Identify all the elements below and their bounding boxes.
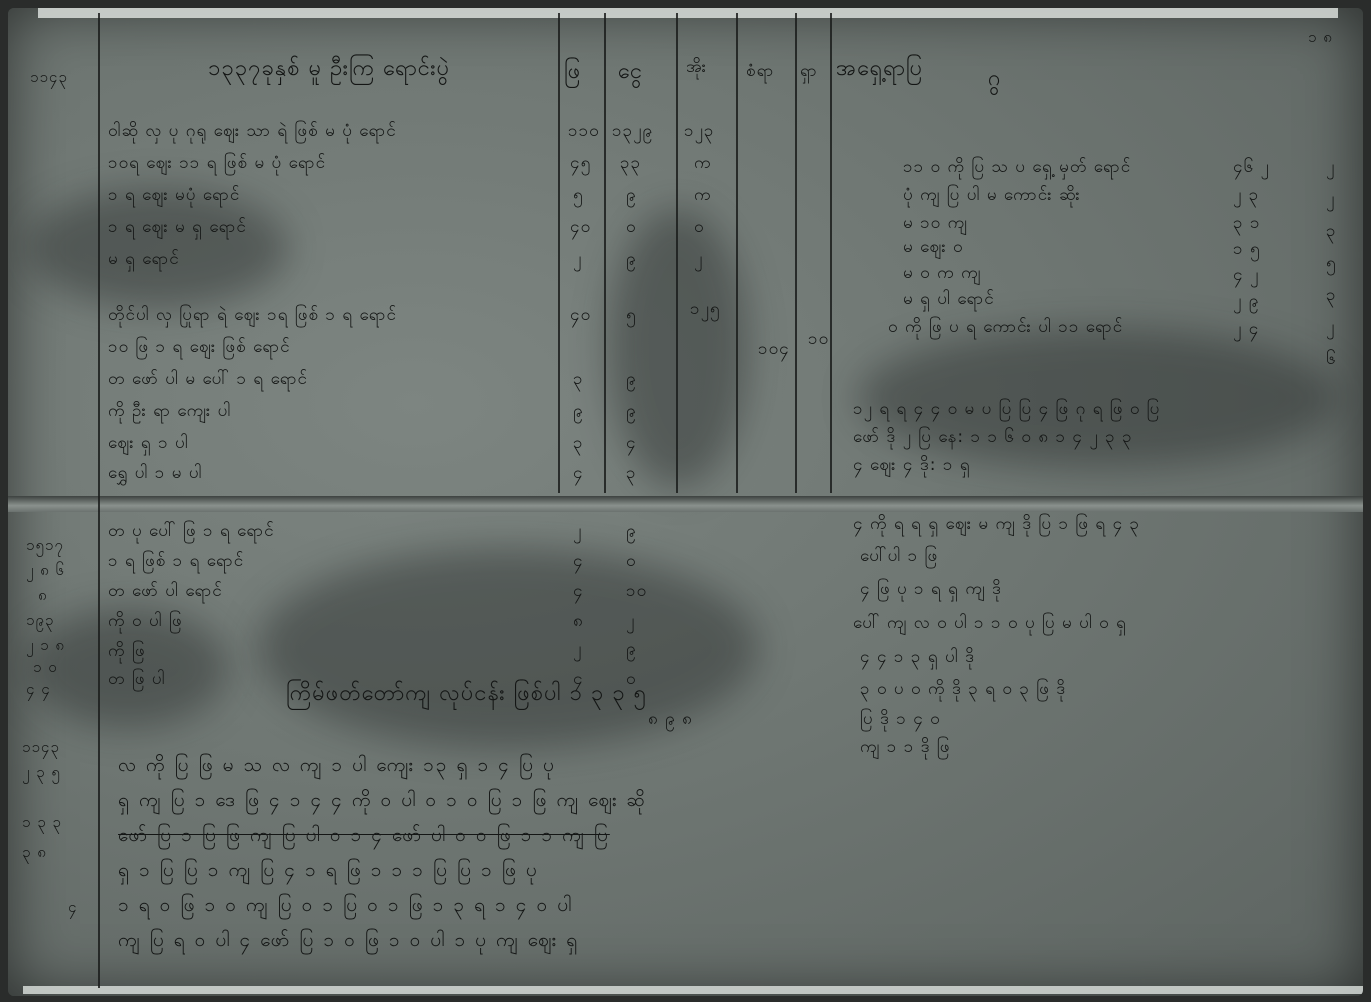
amount-cell: ၂ (626, 610, 635, 635)
amount-cell: ၄ ၂ (1233, 264, 1259, 289)
amount-cell: ၃ (573, 368, 584, 393)
margin-number: ၁ ၀ (33, 658, 58, 680)
ledger-entry: ဖော် ဒို ၂ ပြ နေ: ၁ ၁ ၆ ၀ ၈ ၁ ၄ ၂ ၃ ၃ (853, 426, 1133, 451)
margin-number: ၁၉၃ (26, 611, 54, 633)
amount-cell: ၉ (626, 638, 637, 663)
ledger-entry: ၁၀ရ ဈေး ၁၁ ရ ဖြစ် မ ပုံ ရောင် (108, 152, 326, 177)
amount-cell: ၁၀၄ (758, 338, 790, 363)
amount-cell: ၄ (573, 550, 584, 575)
amount-cell: ၀ (626, 550, 637, 575)
ledger-entry: ပုံ ကျ ပြ ပါ မ ကောင်း ဆိုး (903, 184, 1081, 209)
margin-number: ၄ ၄ (26, 680, 51, 702)
amount-cell: ၁၂၅ (690, 298, 720, 323)
margin-number: ၂ ၁ ၈ (26, 636, 65, 658)
ledger-entry: ကို ဖြ (108, 640, 146, 665)
column-rule (795, 13, 797, 493)
amount-cell: ၅ (626, 304, 637, 329)
ledger-entry: တိုင်ပါ လှ ပြုရာ ရဲ ဈေး ၁ရ ဖြစ် ၁ ရ ရောင… (108, 304, 397, 329)
ledger-entry: မ ဝ က ကျ (903, 262, 981, 287)
ledger-entry: တ ဖော် ပါ ရောင် (108, 580, 223, 605)
amount-cell: ၉ (626, 400, 637, 425)
amount-cell: ၁၂၃ (684, 120, 714, 145)
ledger-entry: ၁ ရ ဈေး မ ရှ ရောင် (108, 216, 247, 241)
ledger-entry: ကို ဦး ရာ ကျေး ပါ (108, 400, 231, 425)
ledger-entry: ကို ဝ ပါ ဖြ (108, 610, 183, 635)
amount-cell: ၁ ၅ (1233, 238, 1261, 263)
ledger-entry: ၁ ရ ဈေး မပုံ ရောင် (108, 184, 240, 209)
amount-cell: ၂ (1326, 188, 1335, 213)
amount-cell: ၁၃၂၉ (612, 120, 653, 145)
amount-cell: ၀ (626, 216, 637, 241)
amount-cell: ၆ (1326, 348, 1337, 373)
amount-cell: ၈ (573, 610, 584, 635)
column-header: စံရာ (746, 60, 774, 85)
ledger-entry: မ ၁၀ ကျ (903, 212, 968, 237)
page-fold (8, 496, 1363, 512)
amount-cell: ၂ ၃ (1233, 184, 1259, 209)
page-bottom-edge (23, 986, 1363, 994)
amount-cell: ၅ (1326, 252, 1337, 277)
amount-cell: ၂ (573, 248, 582, 273)
ledger-entry: ၄ ကို ရ ရ ရှ ဈေး မ ကျ ဒို ပြ ၁ ဖြ ရ ၄ ၃ (853, 513, 1140, 538)
margin-rule (98, 13, 100, 988)
amount-cell: ၄၆ ၂ (1233, 156, 1270, 181)
margin-number: ၁၅၁၇ (26, 536, 64, 558)
amount-cell: ၉ (626, 520, 637, 545)
ledger-entry: ၁၁ ဝ ကို ပြ သ ပ ရှေ့ မှတ် ရောင် (903, 156, 1131, 181)
amount-cell: ၂ ၉ (1233, 290, 1259, 315)
amount-cell: ၁၀ (626, 580, 647, 605)
ledger-total: ကြိမ်ဖတ်တော်ကျ လုပ်ငန်း ဖြစ်ပါ ၁ ၃ ၃ ၅ (286, 678, 647, 711)
ledger-entry: ကျ ၁ ၁ ဒို ဖြ (860, 736, 951, 761)
page-top-edge (38, 8, 1338, 18)
ledger-entry: ၁ ရ ဖြစ် ၁ ရ ရောင် (108, 550, 244, 575)
amount-cell: ၃၃ (620, 152, 641, 177)
manuscript-page: ၁၁၄၃ ၁၅၁၇ ၂ ၈ ၆ ၈ ၁၉၃ ၂ ၁ ၈ ၁ ၀ ၄ ၄ ၁၁၄၃… (8, 8, 1363, 996)
ledger-title: ၁၃၃၇ခုနှစ် မူ ဦးကြ ရောင်းပွဲ (208, 53, 450, 86)
ledger-entry: ၃ ဝ ပ ဝ ကို ဒို ၃ ရ ဝ ၃ ဖြ ဒို (860, 678, 1066, 703)
amount-cell: ၃ (626, 462, 637, 487)
amount-cell: ၉ (573, 400, 584, 425)
column-header: အရှေ့ရာပြ (836, 53, 923, 86)
ledger-entry: ၄ ဈေး ၄ ဒို: ၁ ရှ (853, 454, 971, 479)
amount-cell: ၂ ၄ (1233, 318, 1259, 343)
amount-cell: ၁၁၀ (568, 120, 600, 145)
amount-cell: ၂ (573, 638, 582, 663)
margin-number: ၁၁၄၃ (22, 738, 60, 760)
column-rule (676, 13, 678, 493)
amount-cell: ၀ (694, 216, 705, 241)
amount-cell: ၉ (626, 248, 637, 273)
ledger-entry: ပေါ် ကျ လ ဝ ပါ ၁ ၁ ၀ ပု ပြ မ ပါ ဝ ရှ (853, 612, 1127, 637)
amount-cell: ၄ (626, 432, 637, 457)
column-header: ဂွ (988, 63, 1002, 96)
footer-mark: ၈ ၉ ၈ (648, 708, 693, 733)
body-line: ရှ ၁ ပြ ပြ ၁ ကျ ပြ ၄ ၁ ရ ဖြ ၁ ၁ ၁ ပြ ပြ … (118, 858, 539, 886)
column-rule (558, 13, 560, 493)
amount-cell: ၄ (573, 668, 584, 693)
ledger-entry: ပေါ်ပါ ၁ ဖြ (860, 545, 938, 570)
ledger-entry: ဝါဆို လှ ပု ဂုရု ဈေး သာ ရဲ ဖြစ် မ ပုံ ရေ… (108, 120, 397, 145)
body-line: ဖော် ပြ ၁ ပြ ဖြ ကျ ပြ ပါ ဝ ၁ ၄ ဖော် ပါ ဝ… (118, 823, 610, 851)
body-line: ကျ ပြ ရ ဝ ပါ ၄ ဖော် ပြ ၁ ဝ ဖြ ၁ ဝ ပါ ၁ ပ… (118, 928, 579, 956)
amount-cell: ၃ ၁ (1233, 212, 1261, 237)
ledger-entry: တ ပု ပေါ် ဖြ ၁ ရ ရောင် (108, 520, 275, 545)
ledger-entry: ၁၀ ဖြ ၁ ရ ဈေး ဖြစ် ရောင် (108, 336, 291, 361)
amount-cell: ၂ (694, 248, 703, 273)
amount-cell: ၂ (573, 520, 582, 545)
amount-cell: ၁၀ (808, 328, 829, 353)
amount-cell: က (694, 152, 712, 177)
ledger-entry: မ ဈေး ၀ (903, 236, 964, 261)
ledger-entry: မ ရှ ရောင် (108, 248, 180, 273)
margin-number: ၈ (38, 586, 48, 608)
amount-cell: ၄ (573, 580, 584, 605)
amount-cell: ၄ (573, 462, 584, 487)
ledger-entry: ပြ ဒို ၁ ၄ ဝ (860, 708, 941, 733)
margin-number: ၂ ၈ ၆ (26, 561, 65, 583)
margin-number: ၁၁၄၃ (30, 68, 68, 90)
margin-number: ၃ ၈ (22, 843, 47, 865)
amount-cell: ၄၀ (570, 304, 591, 329)
ledger-entry: ၀ ကို ဖြ ပ ရ ကောင်း ပါ ၁၁ ရောင် (888, 316, 1123, 341)
margin-number: ၁ ၃ ၃ (22, 813, 62, 835)
ledger-entry: တ ဖော် ပါ မ ပေါ် ၁ ရ ရောင် (108, 368, 308, 393)
column-rule (830, 13, 832, 493)
amount-cell: ၃ (573, 432, 584, 457)
column-rule (604, 13, 606, 493)
amount-cell: ၂ (1326, 316, 1335, 341)
corner-mark: ၁ ၈ (1308, 28, 1333, 50)
ledger-entry: ၄ ၄ ၁ ၃ ရှ ပါ ဒို (860, 646, 975, 671)
column-header: ဖြ (564, 56, 581, 89)
amount-cell: ၉ (626, 368, 637, 393)
amount-cell: ၄၀ (570, 216, 591, 241)
amount-cell: ၃ (1326, 220, 1337, 245)
body-line: လ ကို ပြ ဖြ မ သ လ ကျ ၁ ပါ ကျေး ၁၃ ရှ ၁ ၄… (118, 753, 556, 781)
column-rule (736, 13, 738, 493)
amount-cell: ၂ (1326, 156, 1335, 181)
column-header: ရှာ (800, 60, 818, 85)
amount-cell: က (694, 184, 712, 209)
body-line: ရှ ကျ ပြ ၁ ဒေ ဖြ ၄ ၁ ၄ ၄ ကို ဝ ပါ ၀ ၁ ဝ … (118, 788, 647, 816)
ledger-entry: ၁၂ ရ ရ ၄ ၄ ဝ မ ပ ပြ ပြ ၄ ဖြ ဂု ရ ဖြ ဝ ပြ (853, 398, 1160, 423)
amount-cell: ၅ (573, 184, 584, 209)
ledger-entry: ဈေး ရှ ၁ ပါ (108, 432, 189, 457)
body-line: ၁ ရ ဝ ဖြ ၁ ဝ ကျ ပြ ဝ ၁ ပြ ဝ ၁ ဖြ ၁ ၃ ရ ၁… (118, 893, 573, 921)
column-header: အိုး (686, 56, 707, 81)
ledger-entry: တ ဖြ ပါ (108, 668, 166, 693)
margin-number: ၂ ၃ ၅ (22, 763, 61, 785)
column-header: ငွေ (618, 56, 643, 89)
ledger-entry: ရွှေ ပါ ၁ မ ပါ (108, 462, 202, 487)
amount-cell: ၃ (1326, 284, 1337, 309)
ledger-entry: ၄ ဖြ ပု ၁ ရ ရှ ကျ ဒို (860, 578, 1002, 603)
amount-cell: ၀ (626, 668, 637, 693)
ledger-entry: မ ရှ ပါ ရောင် (903, 288, 995, 313)
amount-cell: ၉ (626, 184, 637, 209)
amount-cell: ၄၅ (570, 152, 591, 177)
margin-number: ၄ (68, 898, 77, 920)
